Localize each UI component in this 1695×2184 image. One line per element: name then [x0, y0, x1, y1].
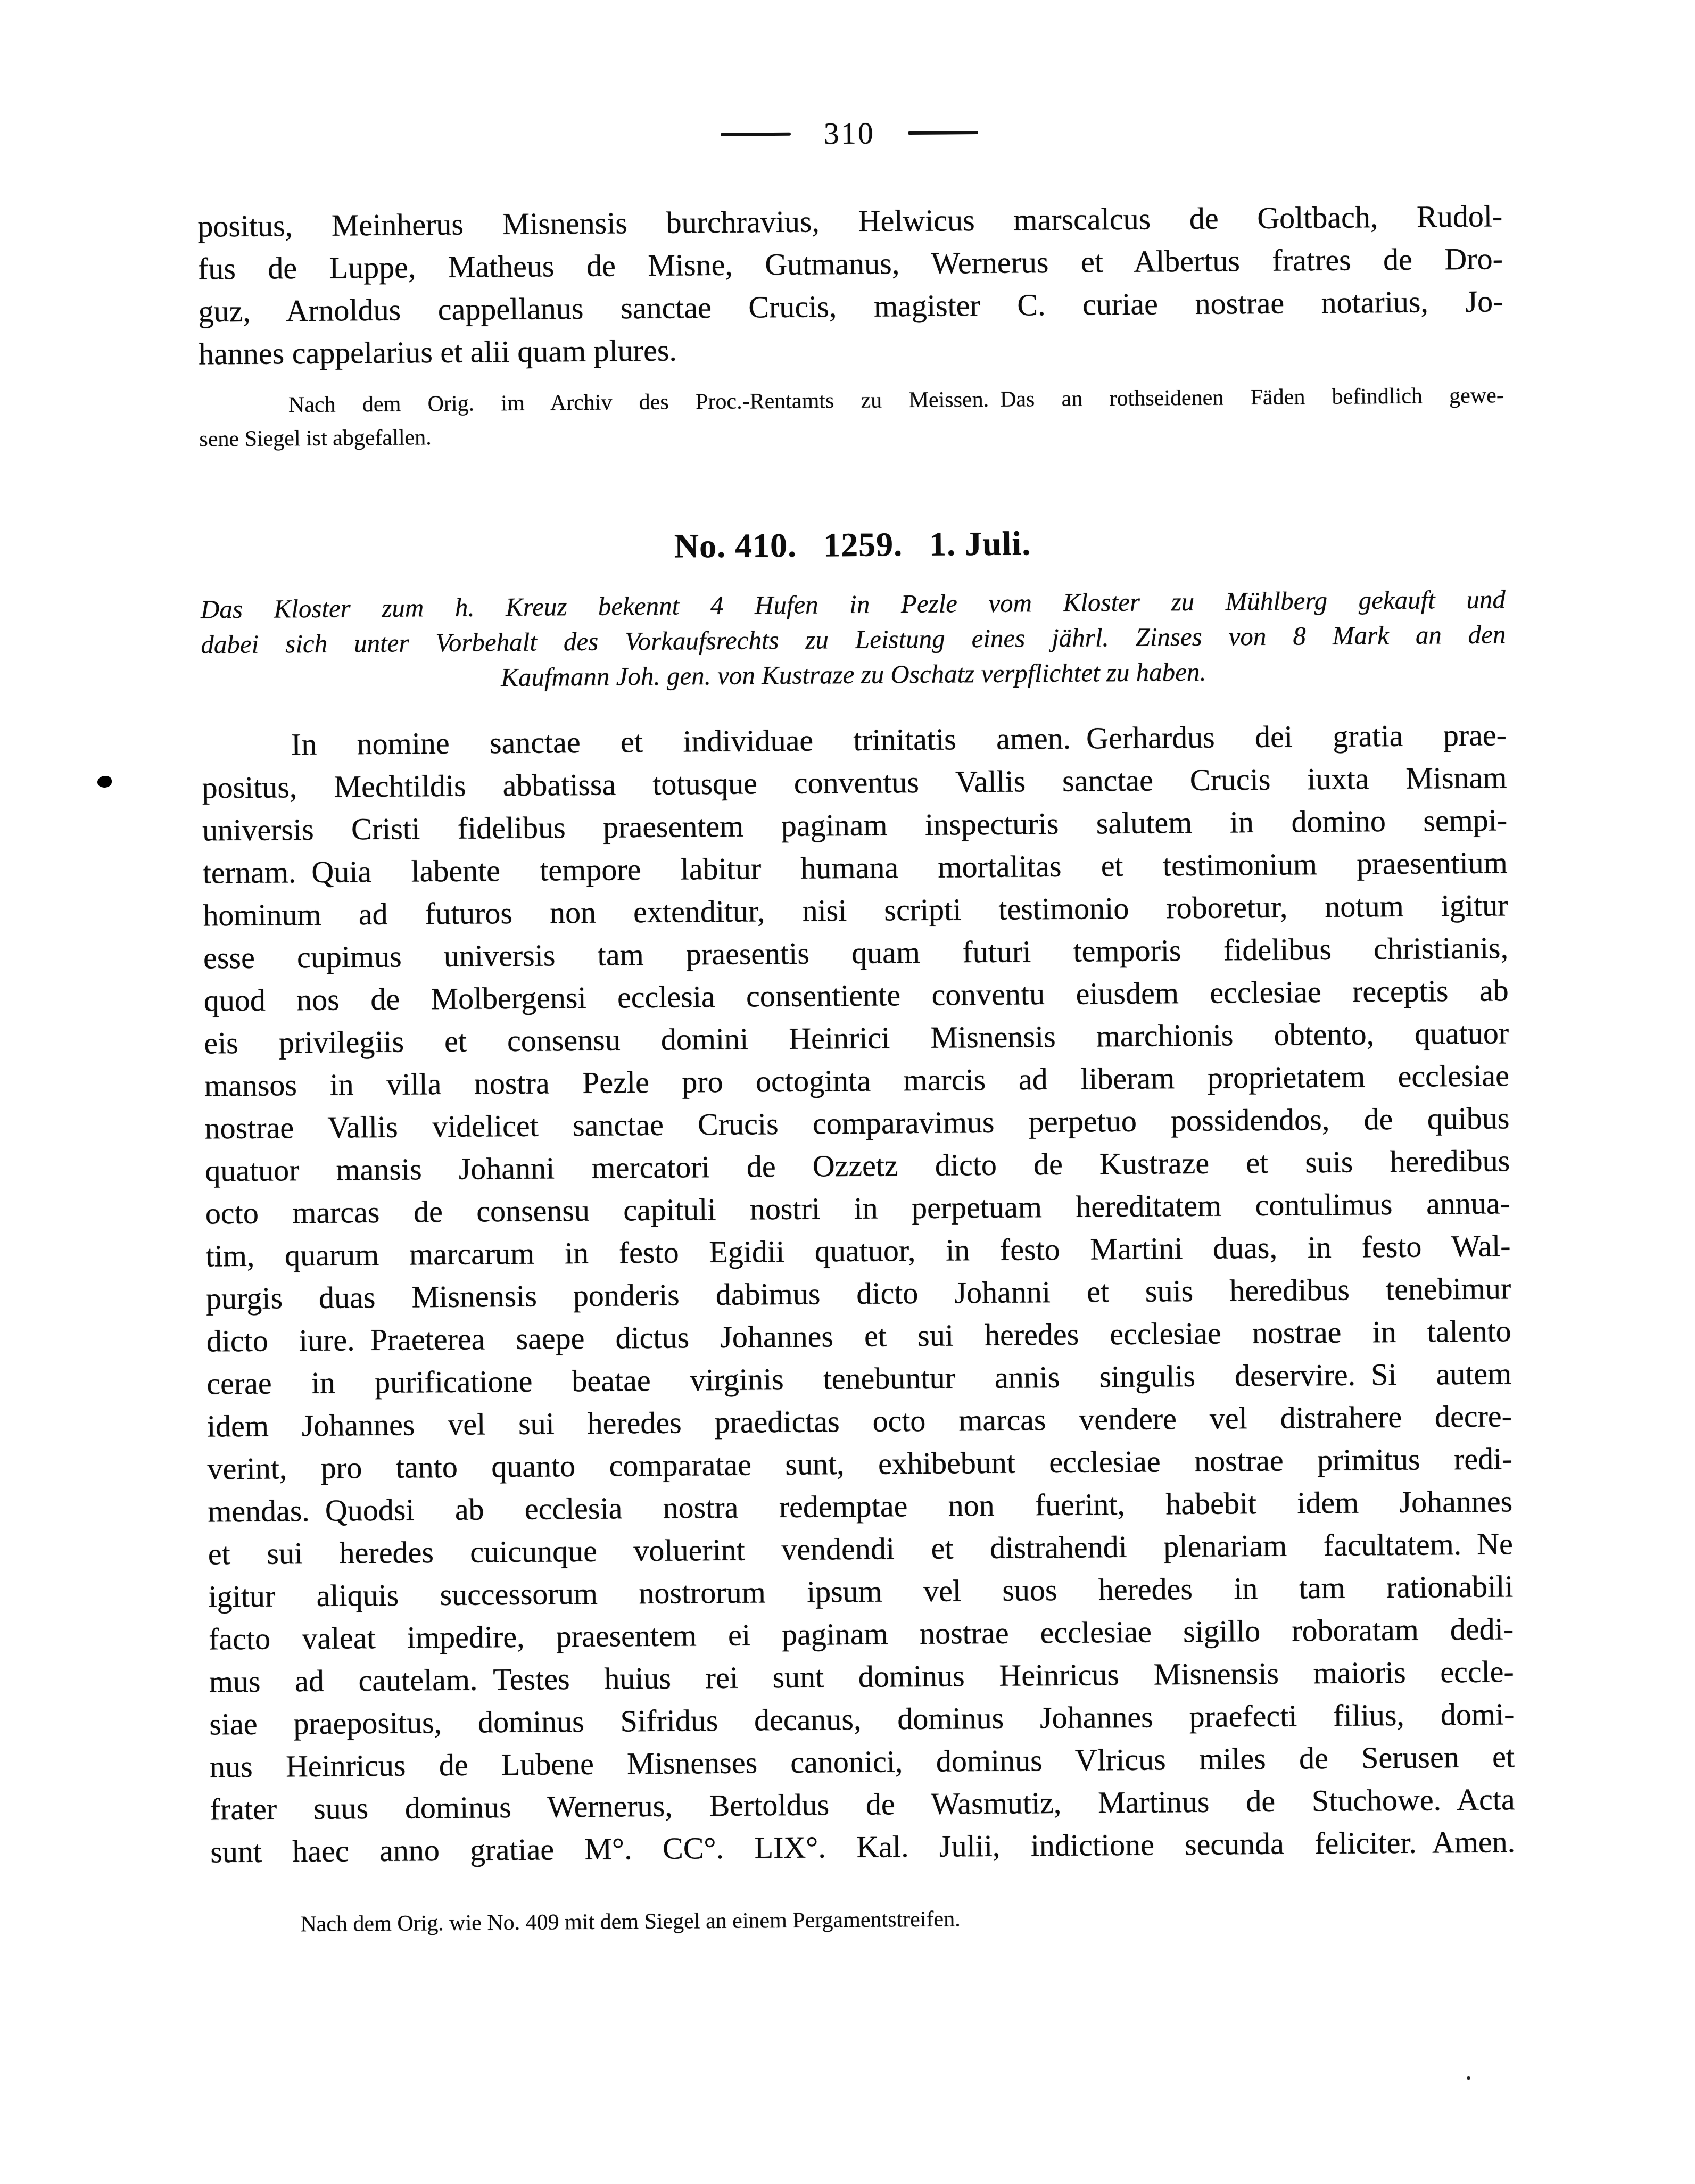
- entry-source-note: Nach dem Orig. wie No. 409 mit dem Siege…: [211, 1898, 1516, 1942]
- header-rule-right: [908, 131, 978, 135]
- source-note-previous-entry: Nach dem Orig. im Archiv des Proc.-Renta…: [199, 379, 1504, 456]
- page-number: 310: [824, 118, 875, 150]
- ink-speck: [97, 776, 112, 788]
- scanned-book-page: 310 positus, Meinherus Misnensis burchra…: [0, 0, 1695, 2184]
- scan-skew-wrapper: 310 positus, Meinherus Misnensis burchra…: [0, 0, 1695, 7]
- ink-dot: [1467, 2076, 1470, 2080]
- text-block: 310 positus, Meinherus Misnensis burchra…: [196, 0, 1516, 1942]
- continuation-paragraph: positus, Meinherus Misnensis burchravius…: [197, 195, 1503, 375]
- page-header: 310: [197, 113, 1502, 154]
- text-line: Nach dem Orig. wie No. 409 mit dem Siege…: [211, 1898, 1516, 1942]
- entry-summary: Das Kloster zum h. Kreuz bekennt 4 Hufen…: [201, 582, 1506, 697]
- entry-body: In nomine sanctae et individuae trinitat…: [202, 714, 1516, 1873]
- entry-heading: No. 410. 1259. 1. Juli.: [200, 519, 1506, 570]
- header-rule-left: [721, 133, 791, 136]
